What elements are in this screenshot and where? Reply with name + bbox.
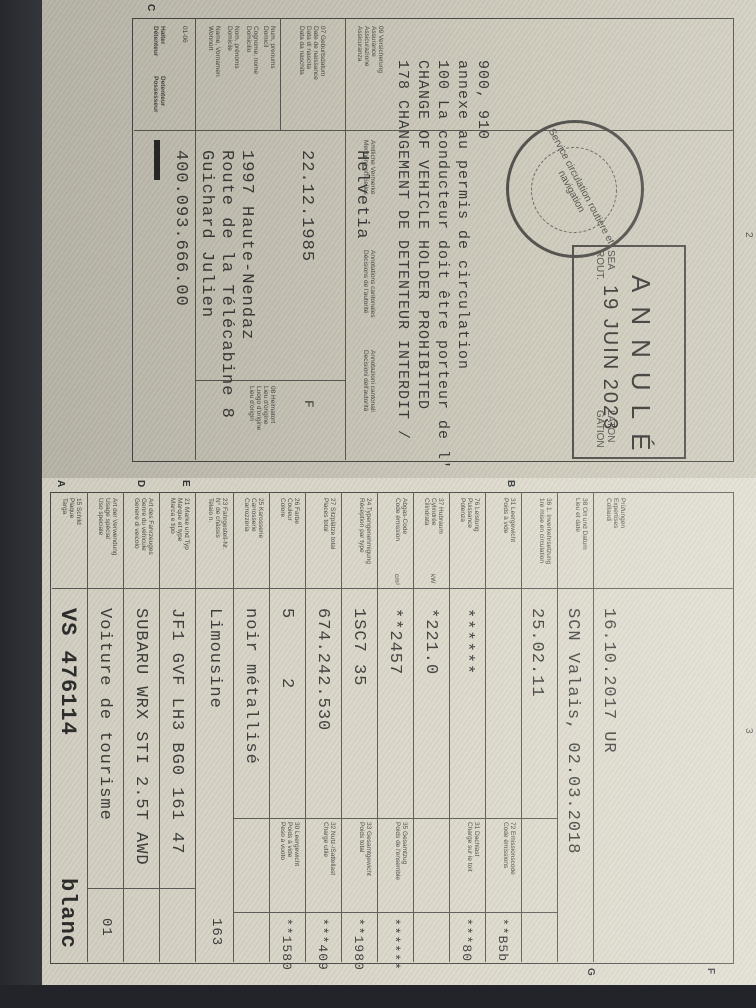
- divider: [195, 492, 196, 962]
- section-mark-c: C: [145, 4, 156, 11]
- background-surface-bottom: [0, 985, 756, 1008]
- divider: [52, 588, 734, 589]
- insurance-name: Helvetia: [352, 150, 371, 240]
- total-weight: **1980: [351, 918, 366, 971]
- vehicle-usage: Voiture de tourisme: [95, 608, 114, 821]
- divider: [413, 492, 414, 962]
- page-vehicle: 3 A D E B F G: [42, 478, 756, 985]
- divider: [377, 492, 378, 962]
- section-mark-d: D: [135, 480, 146, 487]
- label-total-weight: 33 Gesamtgewicht Poids total: [358, 822, 372, 876]
- chassis-number: JF1 GVF LH3 BG0 161 47: [167, 608, 186, 854]
- seats-total: 5: [277, 608, 296, 619]
- label-birth: 07 Geburtsdatum Date de naissance Data d…: [298, 26, 326, 80]
- section-mark-a: A: [55, 480, 66, 487]
- section-mark-e: E: [180, 480, 191, 487]
- page-number: 3: [743, 728, 754, 734]
- train-weight: ******: [387, 918, 402, 971]
- emission-code-value: 1SC7 35: [349, 608, 368, 686]
- label-empty-weight: 30 Leergewicht Poids à vide Peso a vuoto: [279, 822, 300, 866]
- official-round-stamp: Service circulation routière et navigati…: [506, 120, 644, 258]
- annotation-line-4: annexe au permis de circulation: [454, 60, 471, 370]
- label-nom: Nom, prénoms Domicile: [226, 26, 240, 69]
- trailer-load: ******: [457, 608, 476, 675]
- stamp-annule: ANNULÉ: [625, 275, 656, 464]
- payload: ***409: [315, 918, 330, 971]
- usage-code: 01: [98, 918, 114, 937]
- label-power: 76 Leistung Puissance Potenza: [459, 498, 480, 532]
- section-mark-b: B: [505, 480, 516, 487]
- label-plate: 15 Schild Plaque Targa: [61, 498, 82, 525]
- place-and-date: SCN Valais, 02.03.2018: [563, 608, 582, 854]
- label-color: 26 Farbe Couleur Colore: [279, 498, 300, 524]
- divider: [485, 492, 486, 962]
- divider: [557, 492, 558, 962]
- redaction-bar: [154, 140, 160, 180]
- label-insurance: 09 Versicherung Assurance Assicurazione …: [356, 26, 384, 73]
- body-code: 163: [208, 918, 224, 946]
- annotation-line-1: 178 CHANGEMENT DE DETENTEUR INTERDIT /: [394, 60, 411, 440]
- holder-header-left: Halter Détenteur: [152, 26, 166, 56]
- label-payload: 32 Nutz-/Sattellast Charge utile: [322, 822, 336, 875]
- label-emissions-code: Abgas-Code Code émission: [394, 498, 408, 541]
- label-seats: 27 Sitzplätze total Places total: [322, 498, 336, 549]
- divider: [234, 912, 558, 913]
- power: *221.0: [421, 608, 440, 675]
- label-usage: Art der Verwendung Usage spécial Uso spe…: [97, 498, 118, 555]
- vehicle-color: noir métallisé: [241, 608, 260, 765]
- body-type: Limousine: [205, 608, 224, 709]
- section-mark-g: G: [585, 968, 596, 976]
- registration-document: 2 C 01-06 Halter Détenteur Detenteur Pos…: [42, 0, 756, 985]
- holder-number: 400.093.666.00: [171, 150, 190, 307]
- label-genre: Art des Fahrzeuges Genre du véhicule Gen…: [133, 498, 154, 555]
- origin-code: F: [301, 400, 316, 409]
- stamp-box-top-text: SEA ROUT.: [594, 250, 616, 280]
- divider: [87, 492, 88, 962]
- label-approval: 24 Typengenehmigung Réception par type: [358, 498, 372, 564]
- label-make: 21 Marke und Typ Marque et type Marca e …: [169, 498, 190, 550]
- approval-number: 674.242.530: [313, 608, 332, 731]
- roof-load: ***80: [459, 918, 474, 962]
- label-trailer: 31 Leergewicht Poids à vide: [502, 498, 516, 542]
- label-chassis: 23 Fahrgestell-Nr. N° de châssis Telaio …: [207, 498, 228, 550]
- holder-address-street: Route de la Télécabine 8: [217, 150, 236, 419]
- label-origin: 08 Heimatort Lieu d'origine Luogo d'orig…: [248, 386, 276, 430]
- first-registration: 25.02.11: [527, 608, 546, 698]
- divider: [305, 492, 306, 962]
- divider: [341, 492, 342, 962]
- displacement: **2457: [385, 608, 404, 675]
- make-model: SUBARU WRX STI 2.5T AWD: [131, 608, 150, 866]
- displacement-unit: cm³: [393, 574, 400, 585]
- holder-name: Guichard Julien: [197, 150, 216, 318]
- annotation-line-5: 900, 910: [474, 60, 491, 140]
- label-roof-load: 31 Dachlast Charge sur le toit: [466, 822, 480, 872]
- divider: [280, 18, 281, 130]
- emission-class: **B5b: [495, 918, 510, 962]
- label-inspection: Prüfungen Expertises Collaudi: [605, 498, 626, 528]
- divider: [345, 18, 346, 460]
- page-number: 2: [743, 232, 754, 238]
- label-num: Num, prenums Domicil: [262, 26, 276, 69]
- divider: [593, 492, 594, 962]
- label-train-weight: 35 Gesamtzug Poids de l'ensemble: [394, 822, 408, 880]
- divider: [233, 492, 234, 962]
- empty-weight: **1580: [279, 918, 294, 971]
- page-holder: 2 C 01-06 Halter Détenteur Detenteur Pos…: [42, 0, 756, 478]
- label-place-date: 38 Ort und Datum Lieu et date: [574, 498, 588, 550]
- label-annotations-cantonal: Annotations cantonales Décisions de l'au…: [362, 250, 376, 318]
- divider: [234, 818, 558, 819]
- label-name: Name, Vornamen Wohnort: [207, 26, 221, 77]
- label-displacement: 37 Hubraum Cylindrée Cilindrata: [423, 498, 444, 534]
- label-body: 25 Karosserie Carrosserie Carrozzeria: [243, 498, 264, 538]
- divider: [195, 18, 196, 460]
- label-emission-code: 72 Emissionscode Code émissions: [502, 822, 516, 875]
- holder-address-city: 1997 Haute-Nendaz: [237, 150, 256, 340]
- holder-header-right: Detenteur Possesseur: [152, 76, 166, 113]
- label-cognome: Cognome, nome Domicilio: [245, 26, 259, 74]
- plate-color: blanc: [55, 878, 80, 949]
- divider: [123, 492, 124, 962]
- seats-front: 2: [277, 678, 296, 689]
- section-mark-f: F: [705, 968, 716, 974]
- label-first-registration: 36 1. Inverkehrsetzung 1re mise en circu…: [538, 498, 552, 564]
- stamp-date: 19 JUIN 2023: [598, 285, 621, 431]
- inspection-date: 16.10.2017 UR: [599, 608, 618, 754]
- birth-date: 22.12.1985: [297, 150, 316, 262]
- annotation-line-2: CHANGE OF VEHICLE HOLDER PROHIBITED: [414, 60, 431, 410]
- divider: [449, 492, 450, 962]
- divider: [159, 492, 160, 962]
- vehicle-frame: [50, 492, 734, 964]
- divider: [88, 888, 196, 889]
- annotation-line-3: 100 La conducteur doit être porteur de l…: [434, 60, 451, 470]
- label-annotations-particular: Annotazioni cantonali Decisioni dell'aut…: [362, 350, 376, 412]
- divider: [521, 492, 522, 962]
- divider: [269, 492, 270, 962]
- power-unit: kW: [429, 574, 436, 583]
- plate-number: VS 476114: [55, 608, 80, 736]
- code-label: 01-06: [181, 26, 188, 43]
